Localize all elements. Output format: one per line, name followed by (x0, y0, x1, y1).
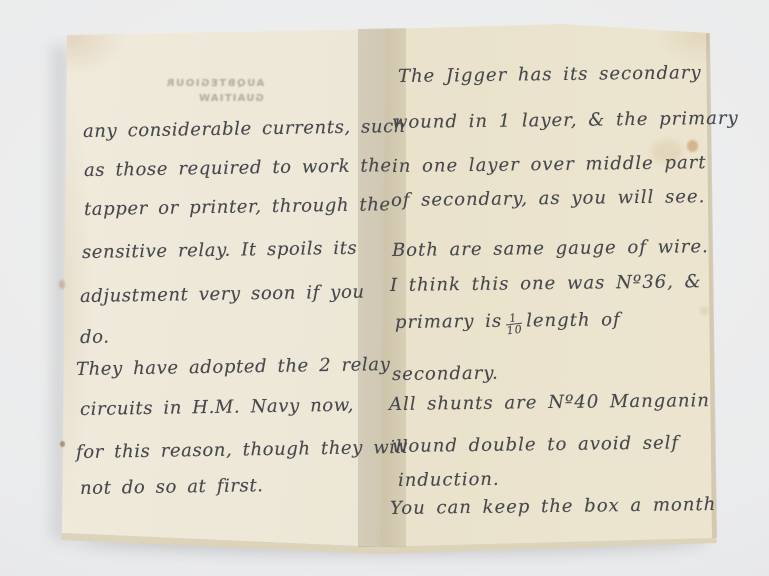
handwritten-line-with-fraction: primary is110length of (395, 309, 621, 337)
handwritten-line: The Jigger has its secondary (398, 62, 702, 87)
handwritten-line: of secondary, as you will see. (391, 186, 706, 211)
handwritten-line: induction. (398, 469, 500, 491)
fraction-line-pre: primary is (395, 311, 502, 333)
handwritten-line: not do so at first. (80, 475, 264, 499)
foxing-stain (60, 441, 65, 447)
photo-of-handwritten-letter: AUQBTEGIOUR GUAITIAW any considerable cu… (0, 0, 769, 576)
showthrough-line: AUQBTEGIOUR (165, 78, 265, 89)
handwritten-line: Both are same gauge of wire. (392, 236, 709, 261)
showthrough-line: GUAITIAW (198, 93, 264, 104)
handwritten-line: All shunts are Nº40 Manganin (389, 390, 710, 415)
embossed-letterhead-showthrough: AUQBTEGIOUR GUAITIAW (155, 76, 264, 106)
foxing-stain (59, 280, 65, 289)
handwritten-line: adjustment very soon if you (80, 282, 365, 307)
handwritten-line: do. (80, 327, 110, 348)
handwritten-line: circuits in H.M. Navy now, (80, 395, 354, 420)
foxing-stain (687, 140, 698, 152)
handwritten-line: You can keep the box a month (390, 494, 716, 519)
handwritten-line: wound double to avoid self (392, 432, 679, 457)
foxing-stain (700, 306, 709, 315)
fraction-denominator: 10 (506, 324, 523, 337)
stacked-fraction: 110 (505, 312, 524, 337)
handwritten-line: I think this one was Nº36, & (390, 271, 702, 296)
fraction-line-post: length of (526, 309, 621, 331)
handwritten-line: wound in 1 layer, & the primary (392, 108, 739, 133)
handwritten-line: sensitive relay. It spoils its (82, 238, 358, 263)
handwritten-line: in one layer over middle part (392, 152, 707, 177)
handwritten-line: secondary. (392, 363, 499, 385)
